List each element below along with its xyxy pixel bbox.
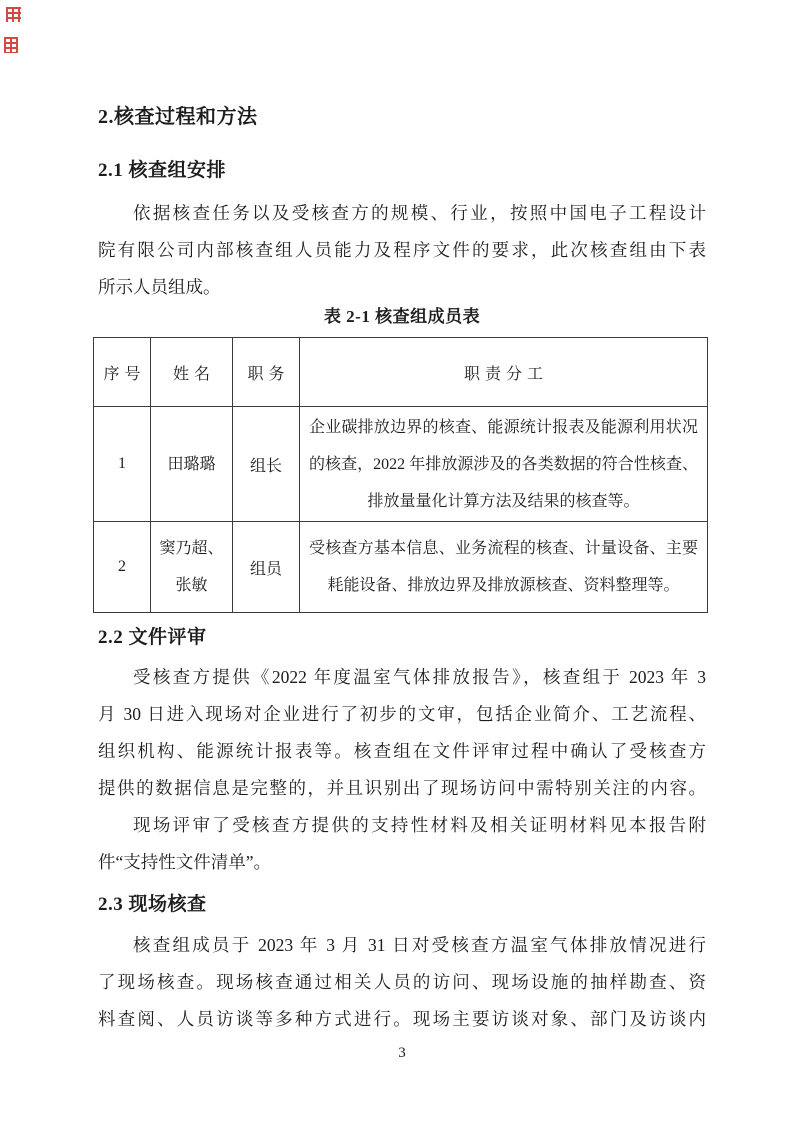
page-number: 3 [98,1044,706,1062]
document-page: { "document": { "stamp_color": "#c92b23"… [0,0,800,1132]
cell-duties: 企业碳排放边界的核查、能源统计报表及能源利用状况 的核查，2022 年排放源涉及… [300,407,708,522]
text-line: 依据核查任务以及受核查方的规模、行业，按照中国电子工程设计 [98,195,706,232]
cell-duties: 受核查方基本信息、业务流程的核查、计量设备、主要 耗能设备、排放边界及排放源核查… [300,522,708,613]
column-header-role: 职务 [233,338,300,407]
text-line: 所示人员组成。 [98,269,706,306]
text-line: 提供的数据信息是完整的，并且识别出了现场访问中需特别关注的内容。 [98,770,706,807]
text-line: 张敏 [152,567,231,604]
text-line: 组织机构、能源统计报表等。核查组在文件评审过程中确认了受核查方 [98,733,706,770]
cell-no: 2 [94,522,151,613]
text-line: 受核查方基本信息、业务流程的核查、计量设备、主要 [309,530,698,567]
subsection-heading-document-review: 2.2 文件评审 [98,624,706,652]
paragraph-team-arrangement: 依据核查任务以及受核查方的规模、行业，按照中国电子工程设计 院有限公司内部核查组… [98,195,706,306]
subsection-heading-onsite-verification: 2.3 现场核查 [98,891,706,919]
paragraph-onsite-verification: 核查组成员于 2023 年 3 月 31 日对受核查方温室气体排放情况进行 了现… [98,927,706,1038]
text-line: 了现场核查。现场核查通过相关人员的访问、现场设施的抽样勘查、资 [98,964,706,1001]
section-heading-process-and-methods: 2.核查过程和方法 [98,103,706,131]
table-caption: 表 2-1 核查组成员表 [98,304,706,330]
text-line: 窦乃超、 [152,530,231,567]
text-line: 耗能设备、排放边界及排放源核查、资料整理等。 [309,567,698,604]
table-header-row: 序号 姓名 职务 职责分工 [94,338,708,407]
text-line: 料查阅、人员访谈等多种方式进行。现场主要访谈对象、部门及访谈内 [98,1001,706,1038]
cell-no: 1 [94,407,151,522]
text-line: 月 30 日进入现场对企业进行了初步的文审，包括企业简介、工艺流程、 [98,696,706,733]
table-row: 1 田璐璐 组长 企业碳排放边界的核查、能源统计报表及能源利用状况 的核查，20… [94,407,708,522]
column-header-duties: 职责分工 [300,338,708,407]
text-line: 件“支持性文件清单”。 [98,844,706,881]
paragraph-document-review: 受核查方提供《2022 年度温室气体排放报告》，核查组于 2023 年 3 月 … [98,659,706,807]
column-header-name: 姓名 [151,338,233,407]
text-line: 排放量量化计算方法及结果的核查等。 [309,483,698,520]
column-header-no: 序号 [94,338,151,407]
text-line: 企业碳排放边界的核查、能源统计报表及能源利用状况 [309,409,698,446]
cell-role: 组员 [233,522,300,613]
subsection-heading-verification-team: 2.1 核查组安排 [98,157,706,185]
text-line: 院有限公司内部核查组人员能力及程序文件的要求，此次核查组由下表 [98,232,706,269]
red-stamp-fragment-icon [4,37,18,53]
text-line: 现场评审了受核查方提供的支持性材料及相关证明材料见本报告附 [98,807,706,844]
cell-name: 窦乃超、 张敏 [151,522,233,613]
text-line: 受核查方提供《2022 年度温室气体排放报告》，核查组于 2023 年 3 [98,659,706,696]
members-table: 序号 姓名 职务 职责分工 1 田璐璐 组长 企业碳排放边界的核查、能源统计报表… [93,337,708,613]
page-content: 2.核查过程和方法 2.1 核查组安排 依据核查任务以及受核查方的规模、行业，按… [0,103,800,1062]
text-line: 田璐璐 [152,446,231,483]
cell-name: 田璐璐 [151,407,233,522]
paragraph-supporting-documents: 现场评审了受核查方提供的支持性材料及相关证明材料见本报告附 件“支持性文件清单”… [98,807,706,881]
text-line: 的核查，2022 年排放源涉及的各类数据的符合性核查、 [309,446,698,483]
cell-role: 组长 [233,407,300,522]
red-stamp-fragment-icon [6,7,21,22]
text-line: 核查组成员于 2023 年 3 月 31 日对受核查方温室气体排放情况进行 [98,927,706,964]
table-row: 2 窦乃超、 张敏 组员 受核查方基本信息、业务流程的核查、计量设备、主要 耗能… [94,522,708,613]
